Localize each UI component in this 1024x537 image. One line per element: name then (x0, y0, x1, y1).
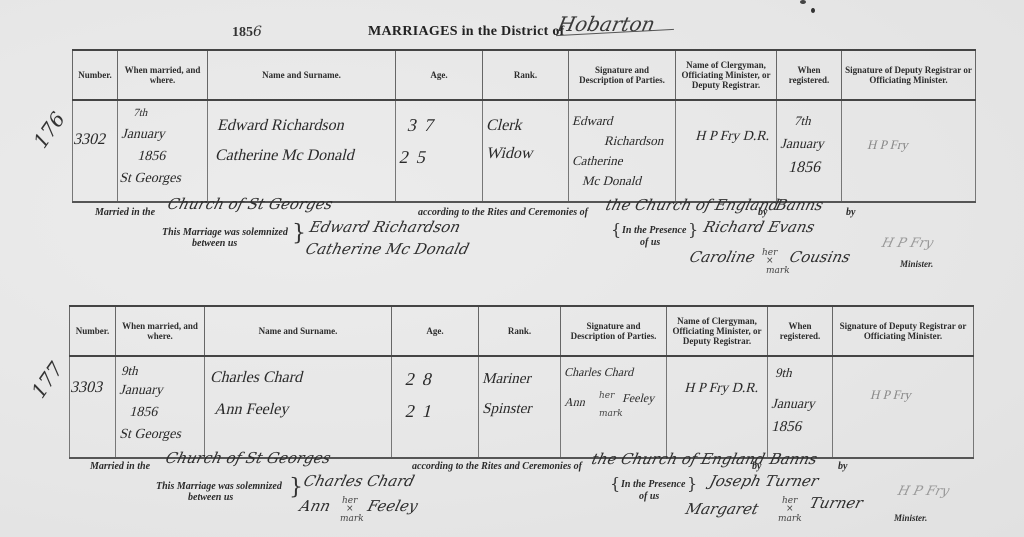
between-label: between us (188, 492, 233, 503)
brace: } (289, 477, 303, 499)
entry-number: 3302 (72, 131, 108, 149)
cell-registrar-signature: H P Fry (833, 356, 974, 458)
bride-name: Catherine Mc Donald (214, 147, 357, 165)
register-table-entry-2: Number. When married, and where. Name an… (69, 305, 974, 459)
party-1-signature: Charles Chard (302, 472, 417, 490)
married-month: January (118, 383, 166, 399)
of-us-label: of us (639, 491, 659, 502)
presence-label: In the Presence (621, 479, 685, 490)
groom-name: Edward Richardson (216, 117, 347, 135)
groom-age: 37 (405, 115, 444, 136)
registered-month: January (779, 137, 827, 153)
married-year: 1856 (128, 405, 160, 421)
col-name: Name and Surname. (205, 306, 392, 356)
register-year: 1856 (232, 24, 262, 41)
between-label: between us (192, 238, 237, 249)
register-table-entry-1: Number. When married, and where. Name an… (72, 49, 976, 203)
cross-mark: × (766, 256, 774, 266)
cell-number: 3302 (73, 100, 118, 202)
registered-year: 1856 (770, 419, 804, 436)
registered-day: 9th (774, 365, 795, 381)
married-in-place: Church of St Georges (166, 195, 335, 213)
cell-when-married: 7th January 1856 St Georges (118, 100, 208, 202)
col-name: Name and Surname. (208, 50, 396, 100)
cell-signatures: Edward Richardson Catherine Mc Donald (569, 100, 676, 202)
bride-rank: Widow (485, 145, 536, 163)
brace-left: { (610, 476, 620, 492)
signature-line: Mc Donald (581, 173, 644, 189)
minister-label: Minister. (900, 259, 933, 269)
married-in-place: Church of St Georges (164, 449, 333, 467)
signature-line: Feeley (621, 391, 657, 406)
cell-when-married: 9th January 1856 St Georges (116, 356, 205, 458)
col-age: Age. (396, 50, 483, 100)
married-in-label: Married in the (95, 207, 155, 218)
cell-age: 37 25 (396, 100, 483, 202)
cell-registrar-signature: H P Fry (842, 100, 976, 202)
by-label-end: by (838, 461, 847, 472)
witness-1-signature: Richard Evans (702, 218, 817, 236)
year-handwritten: 6 (253, 24, 262, 40)
cell-clergyman: H P Fry D.R. (667, 356, 768, 458)
registered-year: 1856 (787, 159, 823, 177)
table-row: 3302 7th January 1856 St Georges Edward … (73, 100, 976, 202)
bride-name: Ann Feeley (213, 401, 292, 419)
signature-line: Charles Chard (563, 365, 636, 380)
by-value: Banns (768, 450, 819, 468)
witness-2-mark: mark (766, 266, 790, 276)
married-month: January (120, 127, 168, 143)
margin-number: 177 (26, 357, 68, 402)
col-signature-parties: Signature and Description of Parties. (561, 306, 667, 356)
groom-rank: Clerk (485, 117, 525, 135)
solemnized-label: This Marriage was solemnized (156, 481, 282, 492)
cell-rank: Clerk Widow (483, 100, 569, 202)
groom-name: Charles Chard (209, 369, 305, 387)
cell-when-registered: 9th January 1856 (768, 356, 833, 458)
clergyman-name: H P Fry D.R. (694, 129, 772, 145)
cell-names: Charles Chard Ann Feeley (205, 356, 392, 458)
witness-2-first: Margaret (684, 500, 761, 518)
registrar-signature: H P Fry (866, 137, 911, 153)
brace-right: } (687, 476, 697, 492)
col-when-registered: When registered. (768, 306, 833, 356)
signature-her: her (599, 391, 614, 401)
ink-blot (800, 0, 824, 14)
table-header-row: Number. When married, and where. Name an… (73, 50, 976, 100)
signature-mark: mark (599, 409, 623, 419)
married-day: 7th (133, 107, 150, 119)
registered-month: January (770, 397, 818, 413)
rites-value: the Church of England (590, 450, 767, 468)
brace-left: { (611, 222, 621, 238)
bride-rank: Spinster (481, 401, 534, 418)
cell-age: 28 21 (392, 356, 479, 458)
minister-label: Minister. (894, 513, 927, 523)
party-2-mark: mark (340, 514, 364, 524)
signature-line: Catherine (571, 153, 626, 169)
cell-clergyman: H P Fry D.R. (676, 100, 777, 202)
of-us-label: of us (640, 237, 660, 248)
margin-number: 176 (28, 107, 70, 152)
col-number: Number. (73, 50, 118, 100)
registrar-signature: H P Fry (869, 387, 914, 403)
table-header-row: Number. When married, and where. Name an… (70, 306, 974, 356)
table-row: 3303 9th January 1856 St Georges Charles… (70, 356, 974, 458)
year-printed: 185 (232, 25, 253, 40)
minister-signature: H P Fry (896, 484, 951, 499)
col-number: Number. (70, 306, 116, 356)
signature-line: Edward (571, 113, 615, 129)
col-age: Age. (392, 306, 479, 356)
by-label-end: by (846, 207, 855, 218)
col-when-registered: When registered. (777, 50, 842, 100)
witness-2-last: Turner (808, 494, 865, 512)
col-rank: Rank. (483, 50, 569, 100)
col-clergyman: Name of Clergyman, Officiating Minister,… (676, 50, 777, 100)
brace: } (292, 223, 306, 245)
marriage-register-page: 1856 MARRIAGES in the District of Hobart… (0, 0, 1024, 537)
col-registrar-signature: Signature of Deputy Registrar or Officia… (842, 50, 976, 100)
party-2-first: Ann (298, 497, 333, 515)
rites-value: the Church of England (604, 196, 781, 214)
cell-when-registered: 7th January 1856 (777, 100, 842, 202)
rites-label: according to the Rites and Ceremonies of (412, 461, 582, 472)
witness-1-signature: Joseph Turner (708, 472, 821, 490)
witness-2-first: Caroline (688, 248, 757, 266)
col-rank: Rank. (479, 306, 561, 356)
col-signature-parties: Signature and Description of Parties. (569, 50, 676, 100)
married-where: St Georges (118, 427, 184, 443)
signature-line: Richardson (603, 133, 666, 149)
groom-age: 28 (403, 369, 442, 390)
witness-2-mark: mark (778, 514, 802, 524)
cell-signatures: Charles Chard Ann her Feeley mark (561, 356, 667, 458)
col-when-married: When married, and where. (118, 50, 208, 100)
page-title: MARRIAGES in the District of (368, 24, 565, 40)
by-value: Banns (774, 196, 825, 214)
party-1-signature: Edward Richardson (308, 218, 463, 236)
minister-signature: H P Fry (880, 236, 935, 251)
party-2-last: Feeley (366, 497, 420, 515)
married-in-label: Married in the (90, 461, 150, 472)
col-registrar-signature: Signature of Deputy Registrar or Officia… (833, 306, 974, 356)
entry-number: 3303 (69, 379, 105, 397)
cross-mark: × (346, 504, 354, 514)
cross-mark: × (786, 504, 794, 514)
by-label: by (752, 461, 761, 472)
col-when-married: When married, and where. (116, 306, 205, 356)
married-year: 1856 (136, 149, 168, 165)
presence-label: In the Presence (622, 225, 686, 236)
by-label: by (758, 207, 767, 218)
married-day: 9th (120, 363, 141, 379)
solemnized-label: This Marriage was solemnized (162, 227, 288, 238)
registered-day: 7th (793, 113, 814, 129)
groom-rank: Mariner (481, 371, 534, 388)
signature-line: Ann (563, 395, 587, 410)
cell-names: Edward Richardson Catherine Mc Donald (208, 100, 396, 202)
bride-age: 21 (403, 401, 442, 422)
married-where: St Georges (118, 171, 184, 187)
bride-age: 25 (397, 147, 436, 168)
cell-rank: Mariner Spinster (479, 356, 561, 458)
clergyman-name: H P Fry D.R. (683, 381, 761, 397)
brace-right: } (688, 222, 698, 238)
party-2-signature: Catherine Mc Donald (304, 240, 471, 258)
cell-number: 3303 (70, 356, 116, 458)
witness-2-last: Cousins (788, 248, 853, 266)
rites-label: according to the Rites and Ceremonies of (418, 207, 588, 218)
col-clergyman: Name of Clergyman, Officiating Minister,… (667, 306, 768, 356)
